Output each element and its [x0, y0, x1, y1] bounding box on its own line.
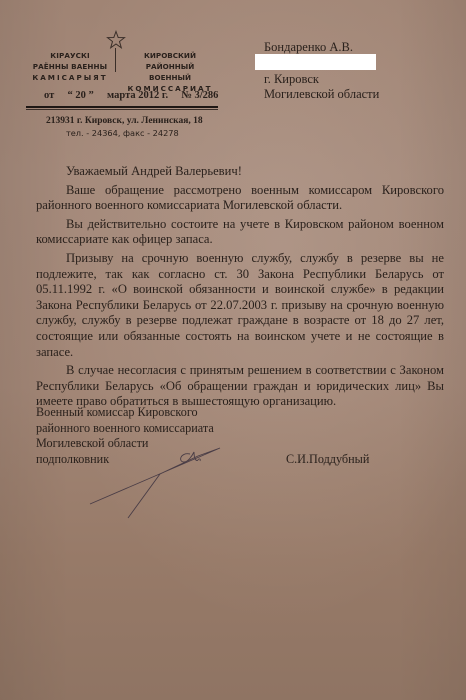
paragraph: Призыву на срочную военную службу, служб… [36, 251, 444, 360]
letterhead-russian: КИРОВСКИЙ РАЙОННЫЙ ВОЕННЫЙ КОМИССАРИАТ [124, 50, 216, 94]
header-rule-thin [26, 109, 218, 110]
paragraph: В случае несогласия с принятым решением … [36, 363, 444, 410]
recipient-city: г. Кировск [264, 72, 379, 88]
sender-address: 213931 г. Кировск, ул. Ленинская, 18 [46, 116, 203, 126]
recipient-region: Могилевской области [264, 87, 379, 103]
redacted-address [255, 54, 376, 70]
letterhead-ru-line: КИРОВСКИЙ [124, 50, 216, 61]
greeting: Уважаемый Андрей Валерьевич! [36, 164, 444, 180]
document-date-number: от “ 20 ” марта 2012 г. № 3/286 [44, 90, 218, 101]
star-icon [106, 30, 126, 50]
signatory-title-line: Военный комиссар Кировского [36, 405, 214, 421]
date-day: “ 20 ” [68, 90, 94, 101]
paragraph: Ваше обращение рассмотрено военным комис… [36, 183, 444, 214]
letter-body: Уважаемый Андрей Валерьевич! Ваше обраще… [36, 164, 444, 413]
header-rule [26, 106, 218, 108]
sender-phone: тел. - 24364, факс - 24278 [66, 128, 179, 138]
paragraph: Вы действительно состоите на учете в Кир… [36, 217, 444, 248]
date-year: 2012 г. [138, 90, 168, 101]
letterhead-by-line: РАЁННЫ ВАЕННЫ [30, 61, 110, 72]
date-month: марта [107, 90, 136, 101]
document-number: № 3/286 [181, 90, 218, 101]
letterhead-divider [115, 48, 116, 72]
signer-name: С.И.Поддубный [286, 452, 369, 467]
letterhead-by-line: КАМІСАРЫЯТ [30, 72, 110, 83]
recipient-block: Бондаренко А.В. г. Кировск Могилевской о… [264, 40, 379, 103]
date-prefix: от [44, 90, 54, 101]
letterhead-belarusian: КІРАУСКІ РАЁННЫ ВАЕННЫ КАМІСАРЫЯТ [30, 50, 110, 83]
letterhead-ru-line: РАЙОННЫЙ ВОЕННЫЙ [124, 61, 216, 83]
handwritten-signature [70, 440, 230, 520]
signatory-title-line: районного военного комиссариата [36, 421, 214, 437]
letterhead-by-line: КІРАУСКІ [30, 50, 110, 61]
